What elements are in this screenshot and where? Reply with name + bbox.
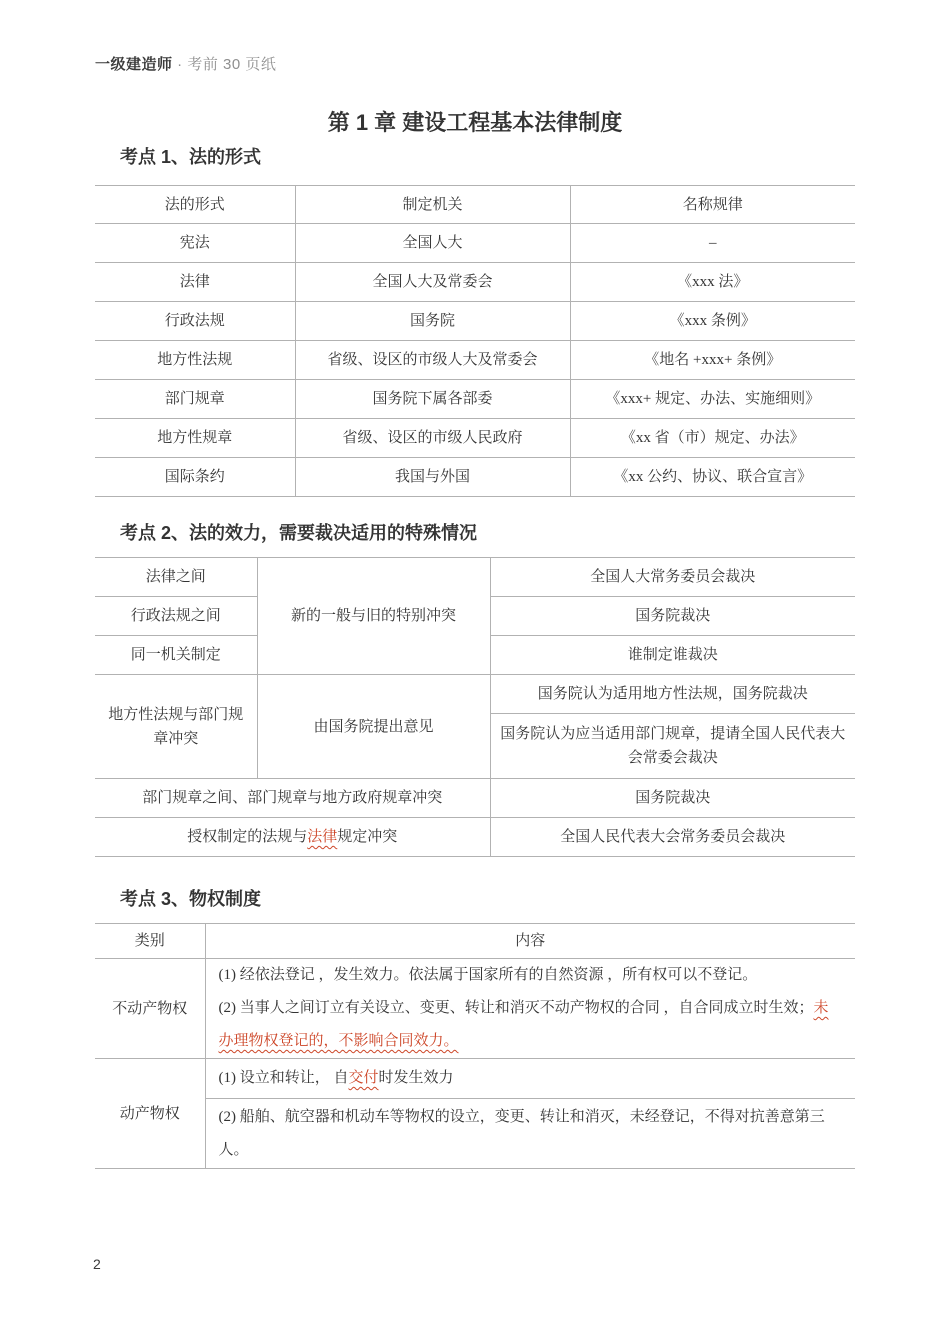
cell-text: (1) 经依法登记 ，发生效力。依法属于国家所有的自然资源 ，所有权可以不登记。 xyxy=(219,959,841,992)
table-cell: 全国人大及常委会 xyxy=(295,263,570,302)
table-cell: 国务院 xyxy=(295,302,570,341)
section3-heading: 考点 3、物权制度 xyxy=(120,885,261,911)
law-effect-table: 法律之间 新的一般与旧的特别冲突 全国人大常务委员会裁决 行政法规之间 国务院裁… xyxy=(95,557,855,857)
table-row: 行政法规 国务院 《xxx 条例》 xyxy=(95,302,855,341)
table-row: (2) 船舶、航空器和机动车等物权的设立，变更、转让和消灭，未经登记，不得对抗善… xyxy=(95,1099,855,1169)
table-row: 法律 全国人大及常委会 《xxx 法》 xyxy=(95,263,855,302)
row-label: 不动产物权 xyxy=(95,959,205,1059)
cell-text: (2) 当事人之间订立有关设立、变更、转让和消灭不动产物权的合同 ，自合同成立时… xyxy=(219,1000,814,1016)
table-row: 动产物权 (1) 设立和转让， 自交付时发生效力 xyxy=(95,1059,855,1099)
table-cell: 《xxx+ 规定、办法、实施细则》 xyxy=(570,380,855,419)
table-cell: 部门规章 xyxy=(95,380,295,419)
column-header: 名称规律 xyxy=(570,186,855,224)
table-cell: 国际条约 xyxy=(95,458,295,497)
table-cell: 全国人大常务委员会裁决 xyxy=(490,558,855,597)
table-row: 地方性法规与部门规章冲突 由国务院提出意见 国务院认为适用地方性法规，国务院裁决 xyxy=(95,675,855,714)
table-row: 部门规章之间、部门规章与地方政府规章冲突 国务院裁决 xyxy=(95,779,855,818)
table-cell: (1) 经依法登记 ，发生效力。依法属于国家所有的自然资源 ，所有权可以不登记。… xyxy=(205,959,855,1059)
column-header: 内容 xyxy=(205,924,855,959)
table-cell: 《xx 公约、协议、联合宣言》 xyxy=(570,458,855,497)
table-cell: 《xxx 条例》 xyxy=(570,302,855,341)
table-cell: 国务院裁决 xyxy=(490,597,855,636)
header-separator: · xyxy=(173,56,188,73)
table-cell: 《xx 省（市）规定、办法》 xyxy=(570,419,855,458)
law-forms-header-row: 法的形式 制定机关 名称规律 xyxy=(95,186,855,224)
table-cell: 地方性规章 xyxy=(95,419,295,458)
table-row: 部门规章 国务院下属各部委 《xxx+ 规定、办法、实施细则》 xyxy=(95,380,855,419)
cell-text: 规定冲突 xyxy=(337,829,397,845)
highlighted-text: 交付 xyxy=(349,1070,379,1086)
table-cell: 行政法规 xyxy=(95,302,295,341)
table-cell: (1) 设立和转让， 自交付时发生效力 xyxy=(205,1059,855,1099)
table-cell: 《xxx 法》 xyxy=(570,263,855,302)
table-cell: 我国与外国 xyxy=(295,458,570,497)
column-header: 制定机关 xyxy=(295,186,570,224)
table-row: 法律之间 新的一般与旧的特别冲突 全国人大常务委员会裁决 xyxy=(95,558,855,597)
section1-heading: 考点 1、法的形式 xyxy=(120,143,261,169)
table-cell: 国务院裁决 xyxy=(490,779,855,818)
table-cell: 国务院下属各部委 xyxy=(295,380,570,419)
cell-text: (1) 设立和转让， 自 xyxy=(219,1070,349,1086)
table-cell: 法律 xyxy=(95,263,295,302)
table-cell: 国务院认为适用地方性法规，国务院裁决 xyxy=(490,675,855,714)
row-label: 动产物权 xyxy=(95,1059,205,1169)
section2-heading: 考点 2、法的效力，需要裁决适用的特殊情况 xyxy=(120,519,477,545)
table-cell: 谁制定谁裁决 xyxy=(490,636,855,675)
table-cell: 同一机关制定 xyxy=(95,636,257,675)
table-cell: – xyxy=(570,224,855,263)
table-row: 宪法 全国人大 – xyxy=(95,224,855,263)
table-cell: 宪法 xyxy=(95,224,295,263)
brand-text: 一级建造师 xyxy=(95,56,173,73)
table-cell: 行政法规之间 xyxy=(95,597,257,636)
table-row: 国际条约 我国与外国 《xx 公约、协议、联合宣言》 xyxy=(95,458,855,497)
column-header: 类别 xyxy=(95,924,205,959)
property-rights-table: 类别 内容 不动产物权 (1) 经依法登记 ，发生效力。依法属于国家所有的自然资… xyxy=(95,923,855,1169)
property-rights-header-row: 类别 内容 xyxy=(95,924,855,959)
table-cell-merged: 地方性法规与部门规章冲突 xyxy=(95,675,257,779)
table-cell-merged: 部门规章之间、部门规章与地方政府规章冲突 xyxy=(95,779,490,818)
highlighted-text: 法律 xyxy=(307,829,337,845)
table-cell: 《地名 +xxx+ 条例》 xyxy=(570,341,855,380)
cell-text: 授权制定的法规与 xyxy=(187,829,307,845)
doc-header: 一级建造师 · 考前 30 页纸 xyxy=(95,53,276,74)
table-cell: 法律之间 xyxy=(95,558,257,597)
table-cell: 省级、设区的市级人民政府 xyxy=(295,419,570,458)
cell-text: 时发生效力 xyxy=(379,1070,454,1086)
table-cell-merged: 新的一般与旧的特别冲突 xyxy=(257,558,490,675)
law-forms-table: 法的形式 制定机关 名称规律 宪法 全国人大 – 法律 全国人大及常委会 《xx… xyxy=(95,185,855,497)
table-row: 不动产物权 (1) 经依法登记 ，发生效力。依法属于国家所有的自然资源 ，所有权… xyxy=(95,959,855,1059)
document-page: 一级建造师 · 考前 30 页纸 第 1 章 建设工程基本法律制度 考点 1、法… xyxy=(0,0,950,1333)
table-cell: 国务院认为应当适用部门规章，提请全国人民代表大会常委会裁决 xyxy=(490,714,855,779)
table-cell: 地方性法规 xyxy=(95,341,295,380)
table-row: 地方性规章 省级、设区的市级人民政府 《xx 省（市）规定、办法》 xyxy=(95,419,855,458)
table-cell: 全国人大 xyxy=(295,224,570,263)
table-row: 地方性法规 省级、设区的市级人大及常委会 《地名 +xxx+ 条例》 xyxy=(95,341,855,380)
table-cell: 省级、设区的市级人大及常委会 xyxy=(295,341,570,380)
table-cell: 全国人民代表大会常务委员会裁决 xyxy=(490,818,855,857)
column-header: 法的形式 xyxy=(95,186,295,224)
table-row: 授权制定的法规与法律规定冲突 全国人民代表大会常务委员会裁决 xyxy=(95,818,855,857)
table-cell-merged: 授权制定的法规与法律规定冲突 xyxy=(95,818,490,857)
header-subtitle: 考前 30 页纸 xyxy=(187,56,276,73)
chapter-title: 第 1 章 建设工程基本法律制度 xyxy=(95,106,855,137)
page-number: 2 xyxy=(93,1256,101,1272)
table-cell-merged: 由国务院提出意见 xyxy=(257,675,490,779)
table-cell: (2) 船舶、航空器和机动车等物权的设立，变更、转让和消灭，未经登记，不得对抗善… xyxy=(205,1099,855,1169)
